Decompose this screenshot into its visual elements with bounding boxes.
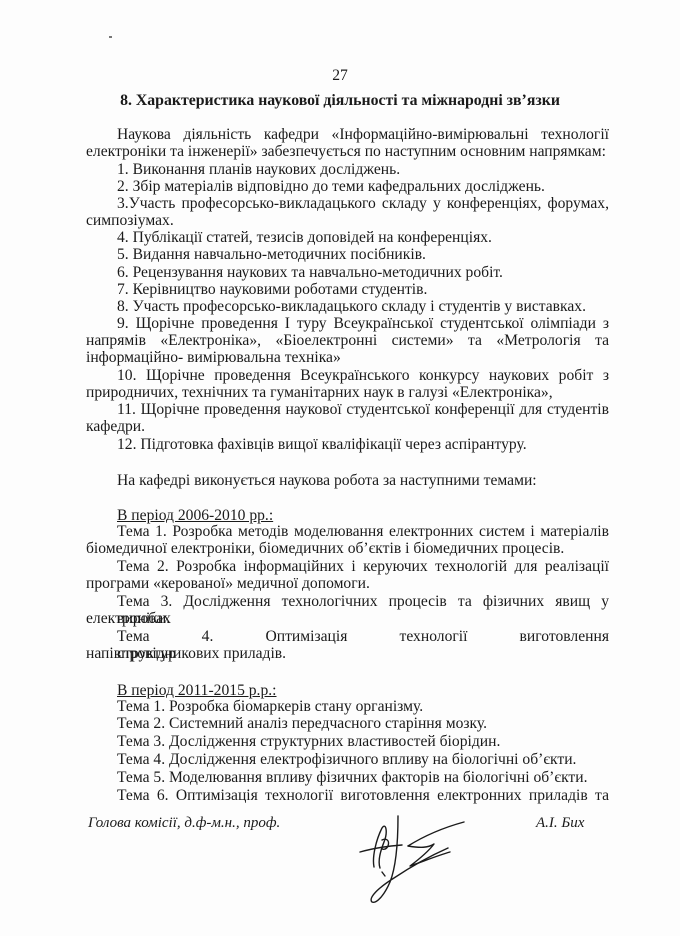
topic-item: Тема 2. Системний аналіз передчасного ст… — [117, 715, 609, 732]
direction-item-cont: інформаційно- вимірювальна техніка» — [86, 349, 609, 366]
direction-item: 10. Щорічне проведення Всеукраїнського к… — [117, 367, 609, 384]
period-heading: В період 2011-2015 р.р.: — [117, 682, 609, 699]
intro-line: Наукова діяльність кафедри «Інформаційно… — [117, 126, 609, 143]
signatory-name: А.І. Бих — [536, 815, 616, 832]
topic-item-cont: електроніки. — [86, 610, 609, 627]
signatory-position: Голова комісії, д.ф-м.н., проф. — [88, 815, 348, 832]
direction-item-cont: симпозіумах. — [86, 212, 609, 229]
topic-item-cont: програми «керованої» медичної допомоги. — [86, 575, 609, 592]
direction-item: 5. Видання навчально-методичних посібник… — [117, 246, 609, 263]
direction-item-cont: напрямів «Електроніка», «Біоелектронні с… — [86, 332, 609, 349]
topic-item: Тема 3. Дослідження структурних властиво… — [117, 733, 609, 750]
period-heading: В період 2006-2010 рр.: — [117, 507, 609, 524]
direction-item-cont: кафедри. — [86, 418, 609, 435]
direction-item: 6. Рецензування наукових та навчально-ме… — [117, 264, 609, 281]
direction-item-cont: природничих, технічних та гуманітарних н… — [86, 384, 609, 401]
direction-item: 11. Щорічне проведення наукової студентс… — [117, 401, 609, 418]
topic-item-cont: напівпровідникових приладів. — [86, 645, 609, 662]
topics-intro: На кафедрі виконується наукова робота за… — [117, 472, 609, 489]
direction-item: 9. Щорічне проведення І туру Всеукраїнсь… — [117, 315, 609, 332]
page-number: 27 — [0, 67, 680, 84]
intro-line: електроніки та інженерії» забезпечується… — [86, 143, 609, 160]
direction-item: 12. Підготовка фахівців вищої кваліфікац… — [117, 436, 609, 453]
direction-item: 7. Керівництво науковими роботами студен… — [117, 281, 609, 298]
direction-item: 4. Публікації статей, тезисів доповідей … — [117, 229, 609, 246]
section-title: 8. Характеристика наукової діяльності та… — [0, 92, 680, 109]
topic-item: Тема 2. Розробка інформаційних і керуючи… — [117, 558, 609, 575]
direction-item: 2. Збір матеріалів відповідно до теми ка… — [117, 178, 609, 195]
direction-item: 8. Участь професорсько-викладацького скл… — [117, 298, 609, 315]
scan-speck — [109, 36, 112, 38]
handwritten-signature-icon — [352, 812, 482, 910]
direction-item: 1. Виконання планів наукових досліджень. — [117, 161, 609, 178]
topic-item: Тема 1. Розробка біомаркерів стану орган… — [117, 698, 609, 715]
topic-item: Тема 6. Оптимізація технології виготовле… — [117, 787, 609, 804]
topic-item-cont: біомедичної електроніки, біомедичних об’… — [86, 540, 609, 557]
topic-item: Тема 5. Моделювання впливу фізичних факт… — [117, 769, 609, 786]
document-page: 27 8. Характеристика наукової діяльності… — [0, 0, 680, 936]
topic-item: Тема 4. Дослідження електрофізичного впл… — [117, 751, 609, 768]
direction-item: 3.Участь професорсько-викладацького скла… — [117, 195, 609, 212]
topic-item: Тема 1. Розробка методів моделювання еле… — [117, 523, 609, 540]
